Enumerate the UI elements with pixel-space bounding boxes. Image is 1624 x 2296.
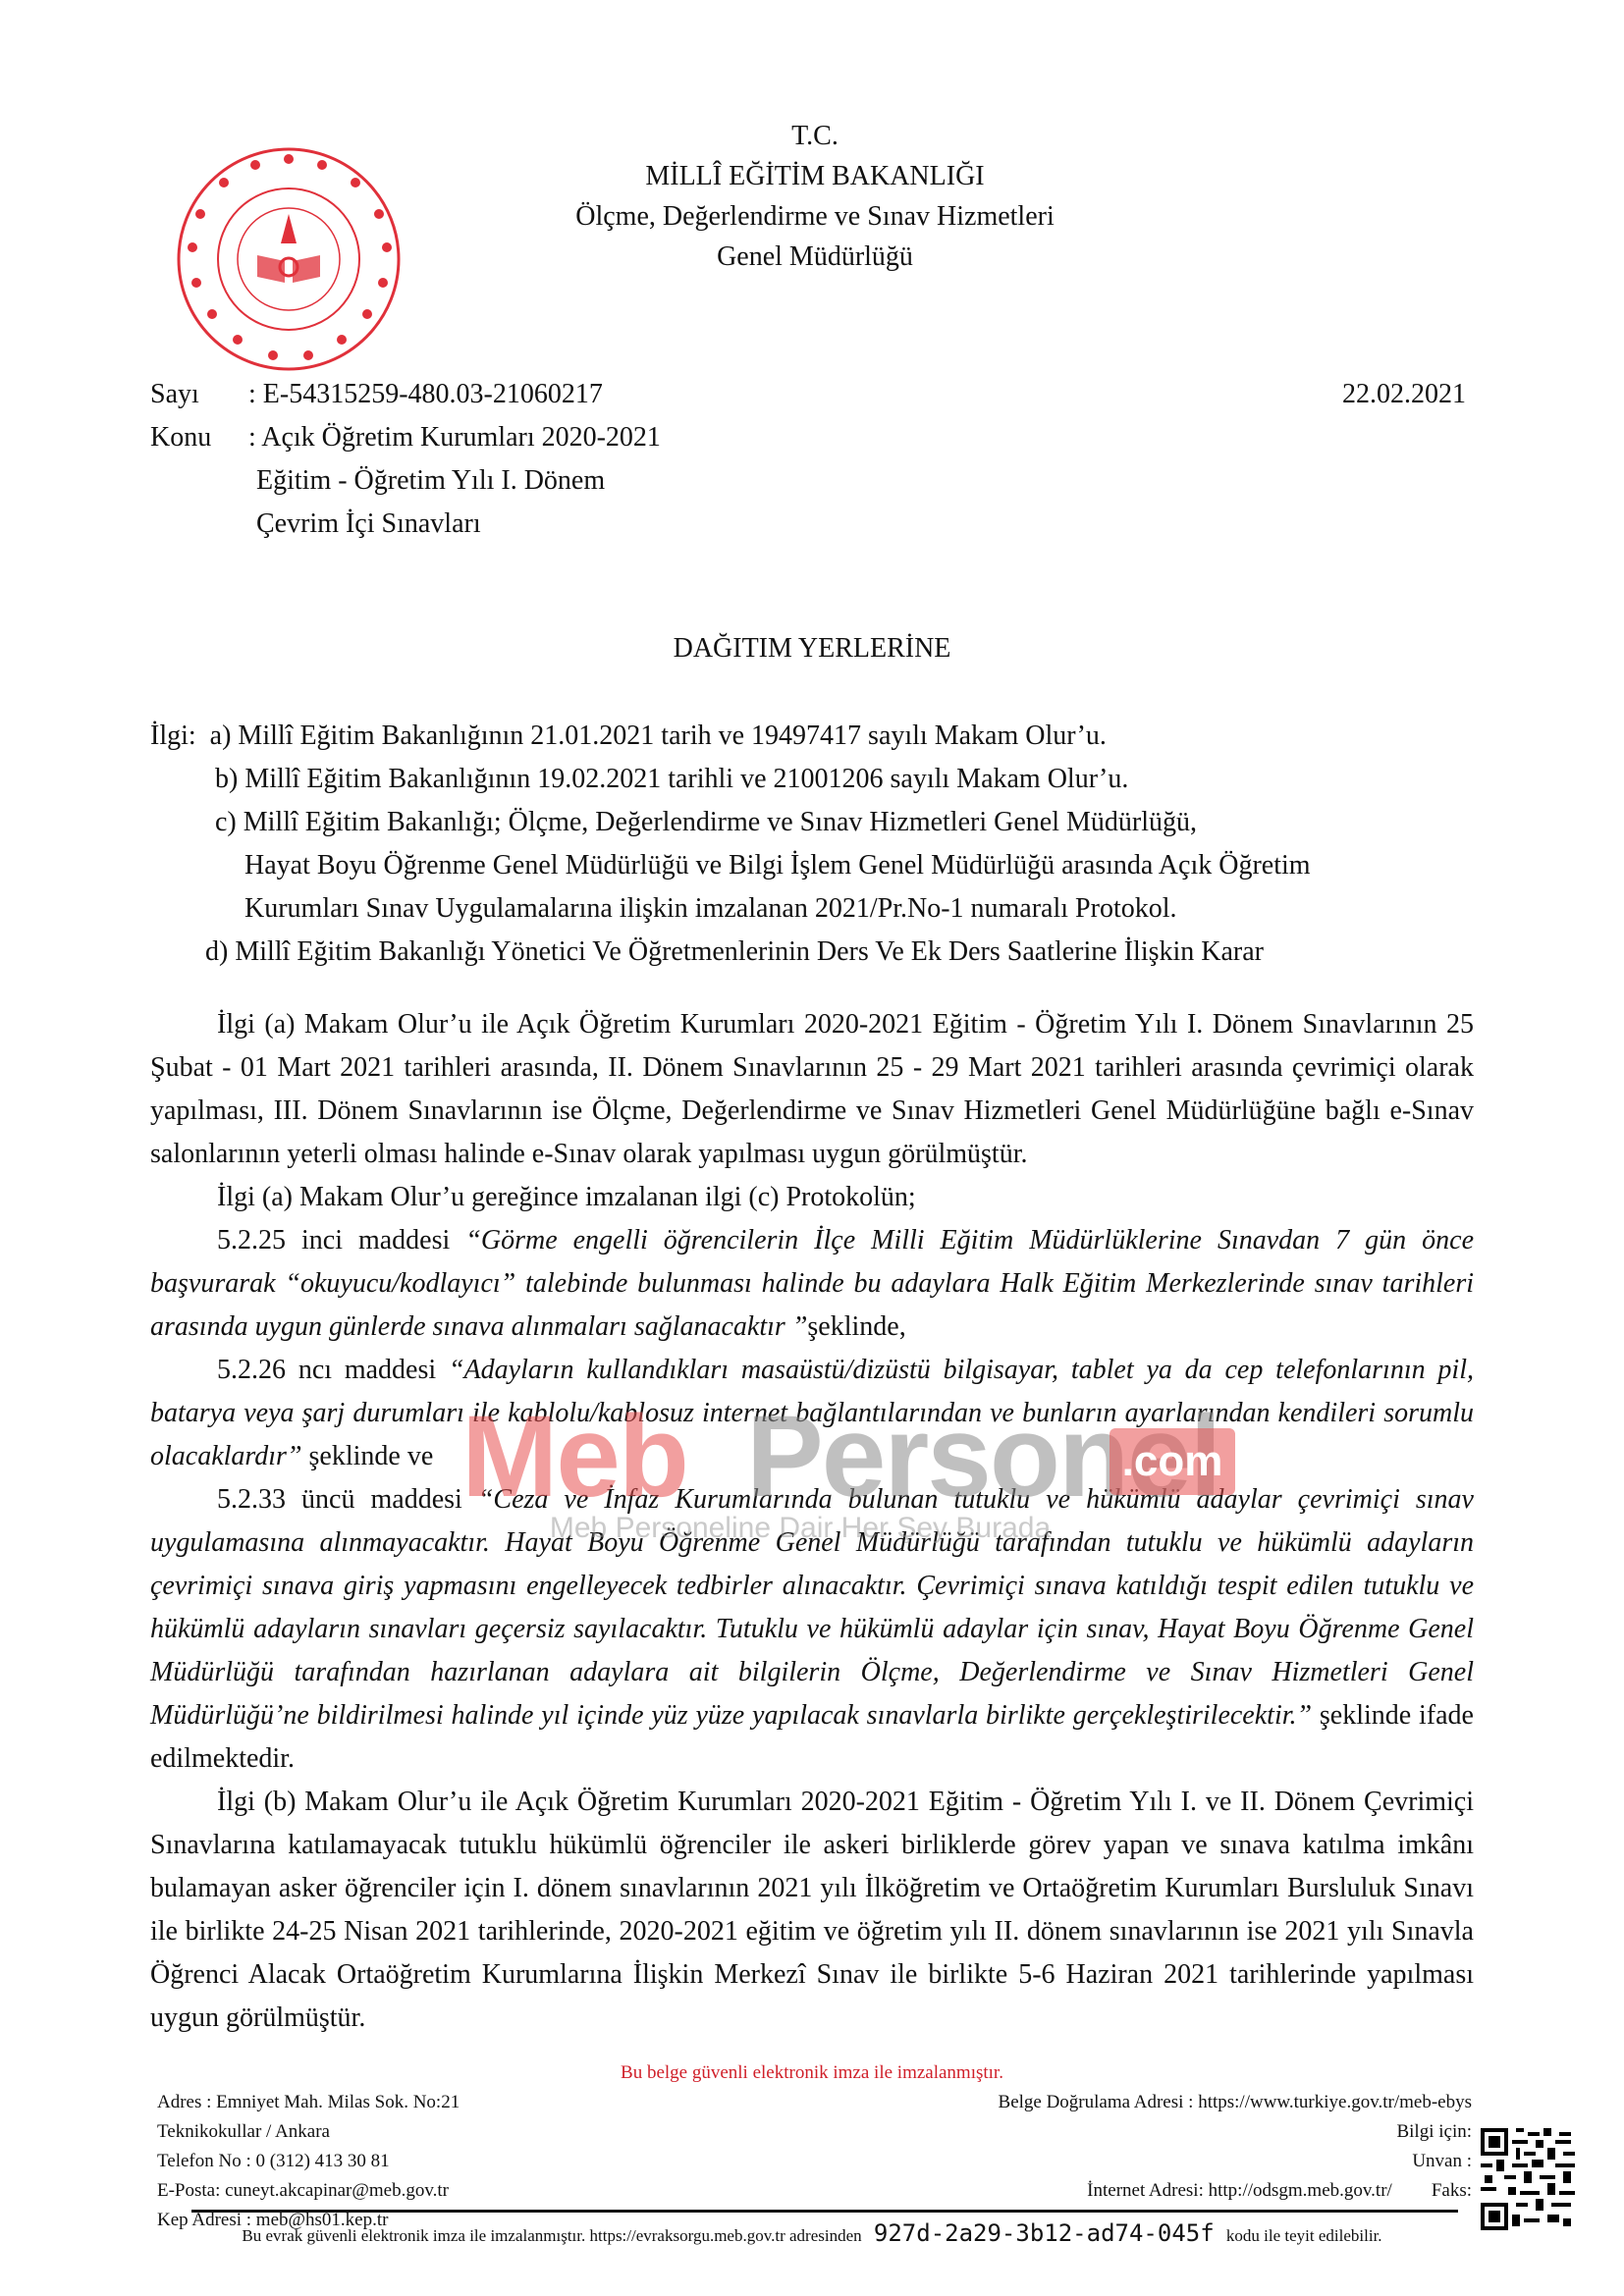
konu-line: Eğitim - Öğretim Yılı I. Dönem	[248, 459, 605, 503]
e-signature-note: Bu belge güvenli elektronik imza ile imz…	[0, 2062, 1624, 2084]
konu-line: Çevrim İçi Sınavları	[248, 503, 481, 546]
quote: “Ceza ve İnfaz Kurumlarında bulunan tutu…	[150, 1484, 1474, 1731]
paragraph: İlgi (a) Makam Olur’u ile Açık Öğretim K…	[150, 1003, 1474, 1176]
internet-address[interactable]: İnternet Adresi: http://odsgm.meb.gov.tr…	[1087, 2180, 1392, 2201]
reference-c-cont: Hayat Boyu Öğrenme Genel Müdürlüğü ve Bi…	[150, 844, 1476, 887]
reference-c: c) Millî Eğitim Bakanlığı; Ölçme, Değerl…	[150, 801, 1476, 844]
letterhead: T.C. MİLLÎ EĞİTİM BAKANLIĞI Ölçme, Değer…	[422, 116, 1208, 277]
document-date: 22.02.2021	[1342, 373, 1466, 416]
document-meta: Sayı: E-54315259-480.03-21060217 22.02.2…	[150, 373, 1466, 546]
references-list: İlgi: a) Millî Eğitim Bakanlığının 21.01…	[150, 715, 1476, 974]
contact-info: Adres : Emniyet Mah. Milas Sok. No:21 Te…	[157, 2088, 460, 2235]
konu-line: : Açık Öğretim Kurumları 2020-2021	[248, 416, 661, 459]
phone: Telefon No : 0 (312) 413 30 81	[157, 2147, 460, 2176]
verification-address[interactable]: Belge Doğrulama Adresi : https://www.tur…	[999, 2088, 1472, 2117]
address-city: Teknikokullar / Ankara	[157, 2117, 460, 2147]
fax-label: Faks:	[1432, 2180, 1472, 2201]
letter-body: İlgi (a) Makam Olur’u ile Açık Öğretim K…	[150, 1003, 1474, 2040]
reference-b: b) Millî Eğitim Bakanlığının 19.02.2021 …	[150, 758, 1476, 801]
verification-line: Bu evrak güvenli elektronik imza ile imz…	[0, 2218, 1624, 2251]
title-label: Unvan :	[999, 2147, 1472, 2176]
paragraph: İlgi (b) Makam Olur’u ile Açık Öğretim K…	[150, 1781, 1474, 2040]
konu-label: Konu	[150, 416, 248, 459]
paragraph: 5.2.33 üncü maddesi “Ceza ve İnfaz Kurum…	[150, 1478, 1474, 1781]
references-label: İlgi:	[150, 721, 196, 751]
qr-code	[1481, 2128, 1579, 2230]
distribution-heading: DAĞITIM YERLERİNE	[0, 633, 1624, 665]
header-ministry: MİLLÎ EĞİTİM BAKANLIĞI	[422, 156, 1208, 196]
reference-c-cont: Kurumları Sınav Uygulamalarına ilişkin i…	[150, 887, 1476, 931]
qr-code-icon	[1481, 2128, 1579, 2230]
header-directorate: Genel Müdürlüğü	[422, 237, 1208, 277]
paragraph: İlgi (a) Makam Olur’u gereğince imzalana…	[150, 1176, 1474, 1219]
header-department: Ölçme, Değerlendirme ve Sınav Hizmetleri	[422, 196, 1208, 237]
verification-code: 927d-2a29-3b12-ad74-045f	[874, 2219, 1215, 2247]
address-line: Adres : Emniyet Mah. Milas Sok. No:21	[157, 2088, 460, 2117]
verification-info: Belge Doğrulama Adresi : https://www.tur…	[999, 2088, 1472, 2206]
paragraph: 5.2.26 ncı maddesi “Adayların kullandıkl…	[150, 1349, 1474, 1478]
paragraph: 5.2.25 inci maddesi “Görme engelli öğren…	[150, 1219, 1474, 1349]
reference-d: d) Millî Eğitim Bakanlığı Yönetici Ve Öğ…	[150, 931, 1476, 974]
footer-divider	[191, 2210, 1458, 2213]
ministry-seal-logo	[175, 145, 403, 373]
header-tc: T.C.	[422, 116, 1208, 156]
sayi-value: : E-54315259-480.03-21060217	[248, 373, 603, 416]
ministry-seal-icon	[175, 145, 403, 373]
email[interactable]: E-Posta: cuneyt.akcapinar@meb.gov.tr	[157, 2176, 460, 2206]
reference-a: a) Millî Eğitim Bakanlığının 21.01.2021 …	[210, 721, 1107, 751]
info-label: Bilgi için:	[999, 2117, 1472, 2147]
sayi-label: Sayı	[150, 373, 248, 416]
